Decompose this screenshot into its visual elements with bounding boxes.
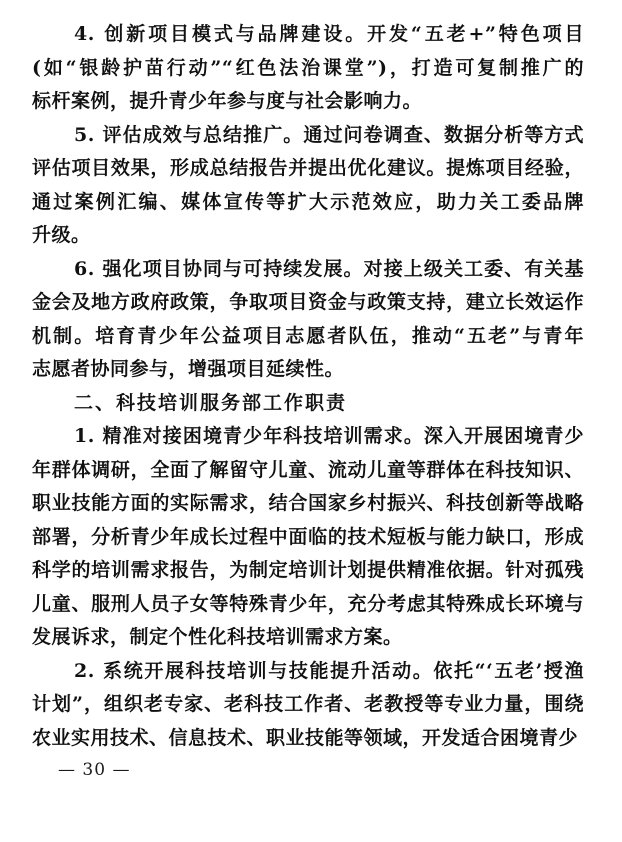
text-line: 金会及地方政府政策，争取项目资金与政策支持，建立长效运作 — [32, 286, 584, 320]
text-line: 标杆案例，提升青少年参与度与社会影响力。 — [32, 85, 584, 119]
text-line: 评估项目效果，形成总结报告并提出优化建议。提炼项目经验， — [32, 152, 584, 186]
text-line: 6. 强化项目协同与可持续发展。对接上级关工委、有关基 — [32, 253, 584, 287]
paragraph-item-5: 5. 评估成效与总结推广。通过问卷调查、数据分析等方式评估项目效果，形成总结报告… — [32, 119, 584, 253]
text-line: 发展诉求，制定个性化科技培训需求方案。 — [32, 621, 584, 655]
text-line: 职业技能方面的实际需求，结合国家乡村振兴、科技创新等战略 — [32, 487, 584, 521]
text-line: 年群体调研，全面了解留守儿童、流动儿童等群体在科技知识、 — [32, 454, 584, 488]
text-line: 农业实用技术、信息技术、职业技能等领域，开发适合困境青少 — [32, 722, 584, 756]
text-line: (如“银龄护苗行动”“红色法治课堂”)，打造可复制推广的 — [32, 52, 584, 86]
paragraph-item-4: 4. 创新项目模式与品牌建设。开发“五老+”特色项目(如“银龄护苗行动”“红色法… — [32, 18, 584, 119]
paragraph-item-1: 1. 精准对接困境青少年科技培训需求。深入开展困境青少年群体调研，全面了解留守儿… — [32, 420, 584, 655]
text-line: 科学的培训需求报告，为制定培训计划提供精准依据。针对孤残 — [32, 554, 584, 588]
document-body: 4. 创新项目模式与品牌建设。开发“五老+”特色项目(如“银龄护苗行动”“红色法… — [32, 18, 584, 755]
text-line: 2. 系统开展科技培训与技能提升活动。依托“‘五老’授渔 — [32, 655, 584, 689]
page-footer: — 30 — — [58, 760, 130, 780]
section-heading-2: 二、科技培训服务部工作职责 — [32, 387, 584, 421]
text-line: 部署，分析青少年成长过程中面临的技术短板与能力缺口，形成 — [32, 521, 584, 555]
text-line: 1. 精准对接困境青少年科技培训需求。深入开展困境青少 — [32, 420, 584, 454]
text-line: 计划”，组织老专家、老科技工作者、老教授等专业力量，围绕 — [32, 688, 584, 722]
text-line: 5. 评估成效与总结推广。通过问卷调查、数据分析等方式 — [32, 119, 584, 153]
paragraph-item-6: 6. 强化项目协同与可持续发展。对接上级关工委、有关基金会及地方政府政策，争取项… — [32, 253, 584, 387]
text-line: 志愿者协同参与，增强项目延续性。 — [32, 353, 584, 387]
page-number: — 30 — — [58, 760, 130, 780]
document-page: 4. 创新项目模式与品牌建设。开发“五老+”特色项目(如“银龄护苗行动”“红色法… — [0, 0, 622, 842]
text-line: 机制。培育青少年公益项目志愿者队伍，推动“五老”与青年 — [32, 320, 584, 354]
text-line: 通过案例汇编、媒体宣传等扩大示范效应，助力关工委品牌 — [32, 186, 584, 220]
text-line: 4. 创新项目模式与品牌建设。开发“五老+”特色项目 — [32, 18, 584, 52]
text-line: 儿童、服刑人员子女等特殊青少年，充分考虑其特殊成长环境与 — [32, 588, 584, 622]
paragraph-item-2: 2. 系统开展科技培训与技能提升活动。依托“‘五老’授渔计划”，组织老专家、老科… — [32, 655, 584, 756]
text-line: 升级。 — [32, 219, 584, 253]
